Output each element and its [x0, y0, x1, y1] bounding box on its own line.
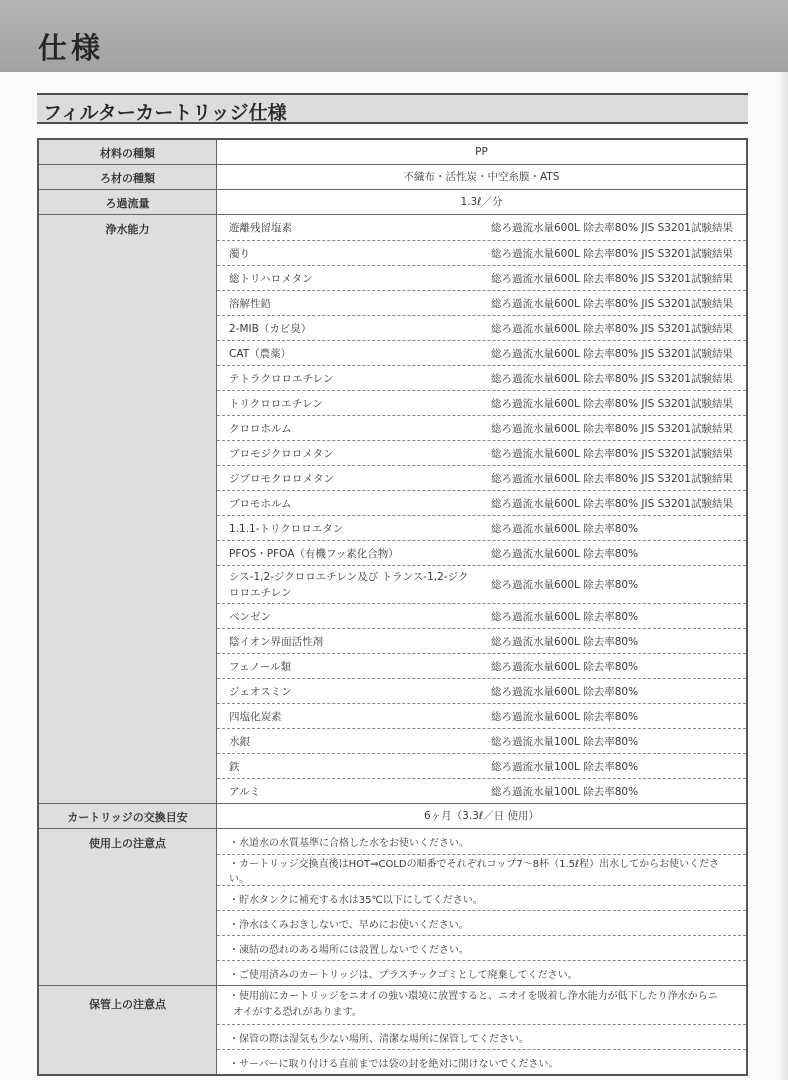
- contaminant-row: 鉄総ろ過流水量100L 除去率80%: [217, 753, 746, 778]
- contaminant-name: ベンゼン: [217, 609, 477, 624]
- contaminant-result: 総ろ過流水量100L 除去率80%: [477, 784, 746, 799]
- row-filter-media: ろ材の種類 不織布・活性炭・中空糸膜・ATS: [39, 164, 746, 189]
- section-title: フィルターカートリッジ仕様: [43, 98, 287, 125]
- contaminant-row: 遊離残留塩素総ろ過流水量600L 除去率80% JIS S3201試験結果: [217, 215, 746, 240]
- contaminant-name: 水銀: [217, 734, 477, 749]
- contaminant-result: 総ろ過流水量600L 除去率80%: [477, 634, 746, 649]
- contaminant-row: トリクロロエチレン総ろ過流水量600L 除去率80% JIS S3201試験結果: [217, 390, 746, 415]
- contaminant-result: 総ろ過流水量600L 除去率80% JIS S3201試験結果: [477, 246, 746, 261]
- contaminant-result: 総ろ過流水量600L 除去率80%: [477, 609, 746, 624]
- contaminant-result: 総ろ過流水量600L 除去率80% JIS S3201試験結果: [477, 271, 746, 286]
- row-replacement: カートリッジの交換目安 6ヶ月（3.3ℓ／日 使用）: [39, 803, 746, 828]
- contaminant-name: CAT（農薬）: [217, 346, 477, 361]
- page-edge-shadow: [780, 72, 788, 1080]
- row-label: 使用上の注意点: [39, 829, 217, 985]
- contaminant-row: PFOS・PFOA（有機フッ素化合物）総ろ過流水量600L 除去率80%: [217, 540, 746, 565]
- contaminant-row: アルミ総ろ過流水量100L 除去率80%: [217, 778, 746, 803]
- contaminant-name: アルミ: [217, 784, 477, 799]
- contaminant-result: 総ろ過流水量100L 除去率80%: [477, 759, 746, 774]
- spec-table: 材料の種類 PP ろ材の種類 不織布・活性炭・中空糸膜・ATS ろ過流量 1.3…: [37, 138, 748, 1076]
- row-purification: 浄水能力 遊離残留塩素総ろ過流水量600L 除去率80% JIS S3201試験…: [39, 214, 746, 803]
- row-value: 6ヶ月（3.3ℓ／日 使用）: [217, 804, 746, 828]
- row-storage-notes: 保管上の注意点 ・使用前にカートリッジをニオイの強い環境に放置すると、ニオイを吸…: [39, 985, 746, 1074]
- contaminant-result: 総ろ過流水量600L 除去率80%: [477, 659, 746, 674]
- row-value: 不織布・活性炭・中空糸膜・ATS: [217, 165, 746, 189]
- contaminant-result: 総ろ過流水量600L 除去率80%: [477, 577, 746, 592]
- contaminant-row: 陰イオン界面活性剤総ろ過流水量600L 除去率80%: [217, 628, 746, 653]
- contaminant-row: ベンゼン総ろ過流水量600L 除去率80%: [217, 603, 746, 628]
- contaminant-result: 総ろ過流水量600L 除去率80%: [477, 684, 746, 699]
- contaminant-row: ブロモホルム総ろ過流水量600L 除去率80% JIS S3201試験結果: [217, 490, 746, 515]
- page-title: 仕様: [38, 26, 104, 67]
- row-usage-notes: 使用上の注意点 ・水道水の水質基準に合格した水をお使いください。 ・カートリッジ…: [39, 828, 746, 985]
- contaminant-result: 総ろ過流水量600L 除去率80%: [477, 709, 746, 724]
- section-header: フィルターカートリッジ仕様: [37, 93, 748, 124]
- row-flow-rate: ろ過流量 1.3ℓ／分: [39, 189, 746, 214]
- usage-note: ・カートリッジ交換直後はHOT⇒COLDの順番でそれぞれコップ7〜8杯（1.5ℓ…: [217, 854, 746, 885]
- row-label: 材料の種類: [39, 140, 217, 164]
- row-label: 浄水能力: [39, 215, 217, 803]
- contaminant-row: 水銀総ろ過流水量100L 除去率80%: [217, 728, 746, 753]
- contaminant-result: 総ろ過流水量600L 除去率80%: [477, 521, 746, 536]
- contaminant-name: 溶解性鉛: [217, 296, 477, 311]
- row-value: PP: [217, 140, 746, 164]
- storage-note: ・使用前にカートリッジをニオイの強い環境に放置すると、ニオイを吸着し浄水能力が低…: [217, 986, 746, 1024]
- contaminant-result: 総ろ過流水量600L 除去率80% JIS S3201試験結果: [477, 296, 746, 311]
- contaminant-name: フェノール類: [217, 659, 477, 674]
- contaminant-result: 総ろ過流水量600L 除去率80% JIS S3201試験結果: [477, 421, 746, 436]
- contaminant-result: 総ろ過流水量600L 除去率80% JIS S3201試験結果: [477, 371, 746, 386]
- contaminant-name: ジブロモクロロメタン: [217, 471, 477, 486]
- row-label: 保管上の注意点: [39, 986, 217, 1074]
- contaminant-result: 総ろ過流水量600L 除去率80% JIS S3201試験結果: [477, 396, 746, 411]
- contaminant-result: 総ろ過流水量600L 除去率80% JIS S3201試験結果: [477, 321, 746, 336]
- contaminant-name: 陰イオン界面活性剤: [217, 634, 477, 649]
- contaminant-result: 総ろ過流水量600L 除去率80% JIS S3201試験結果: [477, 471, 746, 486]
- usage-notes-list: ・水道水の水質基準に合格した水をお使いください。 ・カートリッジ交換直後はHOT…: [217, 829, 746, 985]
- row-label: ろ材の種類: [39, 165, 217, 189]
- contaminant-row: CAT（農薬）総ろ過流水量600L 除去率80% JIS S3201試験結果: [217, 340, 746, 365]
- contaminant-result: 総ろ過流水量600L 除去率80% JIS S3201試験結果: [477, 446, 746, 461]
- contaminant-name: シス-1,2-ジクロロエチレン及び トランス-1,2-ジクロロエチレン: [217, 569, 477, 601]
- row-value: 1.3ℓ／分: [217, 190, 746, 214]
- contaminant-name: 2-MIB（カビ臭）: [217, 321, 477, 336]
- storage-note: ・サーバーに取り付ける直前までは袋の封を絶対に開けないでください。: [217, 1049, 746, 1074]
- contaminant-name: PFOS・PFOA（有機フッ素化合物）: [217, 546, 477, 561]
- contaminant-row: クロロホルム総ろ過流水量600L 除去率80% JIS S3201試験結果: [217, 415, 746, 440]
- contaminant-row: シス-1,2-ジクロロエチレン及び トランス-1,2-ジクロロエチレン総ろ過流水…: [217, 565, 746, 603]
- contaminant-result: 総ろ過流水量600L 除去率80% JIS S3201試験結果: [477, 220, 746, 235]
- contaminant-result: 総ろ過流水量600L 除去率80%: [477, 546, 746, 561]
- contaminant-result: 総ろ過流水量600L 除去率80% JIS S3201試験結果: [477, 346, 746, 361]
- contaminant-row: ブロモジクロロメタン総ろ過流水量600L 除去率80% JIS S3201試験結…: [217, 440, 746, 465]
- contaminant-row: ジェオスミン総ろ過流水量600L 除去率80%: [217, 678, 746, 703]
- usage-note: ・ご使用済みのカートリッジは、プラスチックゴミとして廃棄してください。: [217, 960, 746, 985]
- contaminant-row: 1.1.1-トリクロロエタン総ろ過流水量600L 除去率80%: [217, 515, 746, 540]
- contaminant-row: テトラクロロエチレン総ろ過流水量600L 除去率80% JIS S3201試験結…: [217, 365, 746, 390]
- contaminant-name: 四塩化炭素: [217, 709, 477, 724]
- contaminant-result: 総ろ過流水量600L 除去率80% JIS S3201試験結果: [477, 496, 746, 511]
- contaminant-row: 2-MIB（カビ臭）総ろ過流水量600L 除去率80% JIS S3201試験結…: [217, 315, 746, 340]
- storage-notes-list: ・使用前にカートリッジをニオイの強い環境に放置すると、ニオイを吸着し浄水能力が低…: [217, 986, 746, 1074]
- purification-list: 遊離残留塩素総ろ過流水量600L 除去率80% JIS S3201試験結果 濁り…: [217, 215, 746, 803]
- row-label: カートリッジの交換目安: [39, 804, 217, 828]
- contaminant-name: ブロモホルム: [217, 496, 477, 511]
- usage-note: ・水道水の水質基準に合格した水をお使いください。: [217, 829, 746, 854]
- usage-note: ・浄水はくみおきしないで、早めにお使いください。: [217, 910, 746, 935]
- contaminant-row: 濁り総ろ過流水量600L 除去率80% JIS S3201試験結果: [217, 240, 746, 265]
- contaminant-row: 溶解性鉛総ろ過流水量600L 除去率80% JIS S3201試験結果: [217, 290, 746, 315]
- contaminant-name: 1.1.1-トリクロロエタン: [217, 521, 477, 536]
- contaminant-name: トリクロロエチレン: [217, 396, 477, 411]
- contaminant-name: クロロホルム: [217, 421, 477, 436]
- usage-note: ・凍結の恐れのある場所には設置しないでください。: [217, 935, 746, 960]
- contaminant-name: ジェオスミン: [217, 684, 477, 699]
- page-header: 仕様: [0, 0, 788, 72]
- contaminant-row: 総トリハロメタン総ろ過流水量600L 除去率80% JIS S3201試験結果: [217, 265, 746, 290]
- contaminant-name: 遊離残留塩素: [217, 220, 477, 235]
- contaminant-row: 四塩化炭素総ろ過流水量600L 除去率80%: [217, 703, 746, 728]
- row-label: ろ過流量: [39, 190, 217, 214]
- storage-note: ・保管の際は湿気も少ない場所、清潔な場所に保管してください。: [217, 1024, 746, 1049]
- contaminant-result: 総ろ過流水量100L 除去率80%: [477, 734, 746, 749]
- contaminant-name: テトラクロロエチレン: [217, 371, 477, 386]
- row-material: 材料の種類 PP: [39, 140, 746, 164]
- contaminant-name: 総トリハロメタン: [217, 271, 477, 286]
- contaminant-name: ブロモジクロロメタン: [217, 446, 477, 461]
- contaminant-name: 鉄: [217, 759, 477, 774]
- contaminant-row: ジブロモクロロメタン総ろ過流水量600L 除去率80% JIS S3201試験結…: [217, 465, 746, 490]
- contaminant-name: 濁り: [217, 246, 477, 261]
- contaminant-row: フェノール類総ろ過流水量600L 除去率80%: [217, 653, 746, 678]
- usage-note: ・貯水タンクに補充する水は35℃以下にしてください。: [217, 885, 746, 910]
